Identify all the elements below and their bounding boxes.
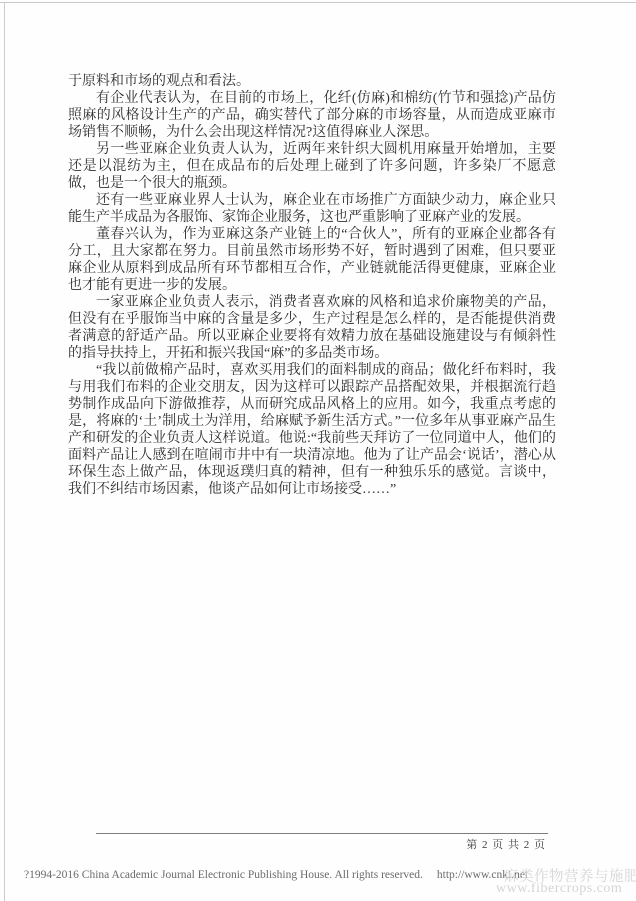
paragraph: 还有一些亚麻业界人士认为，麻企业在市场推广方面缺少动力，麻企业只能生产半成品为各… <box>68 192 556 226</box>
paragraph: “我以前做棉产品时，喜欢买用我们的面料制成的商品；做化纤布料时，我与用我们布料的… <box>68 362 556 498</box>
scan-border-left <box>4 2 5 901</box>
page-number: 第 2 页 共 2 页 <box>466 836 546 852</box>
document-page: 于原料和市场的观点和看法。 有企业代表认为，在目前的市场上，化纤(仿麻)和棉纺(… <box>0 0 636 901</box>
scan-border-top <box>0 2 636 3</box>
body-text: 于原料和市场的观点和看法。 有企业代表认为，在目前的市场上，化纤(仿麻)和棉纺(… <box>68 73 556 498</box>
watermark-site-url: www.fibercrops.com <box>496 881 622 897</box>
paragraph: 于原料和市场的观点和看法。 <box>68 73 556 90</box>
copyright-text: ?1994-2016 China Academic Journal Electr… <box>24 869 423 881</box>
paragraph: 一家亚麻企业负责人表示，消费者喜欢麻的风格和追求价廉物美的产品，但没有在乎服饰当… <box>68 294 556 362</box>
paragraph: 董春兴认为，作为亚麻这条产业链上的“合伙人”，所有的亚麻企业都各有分工，且大家都… <box>68 226 556 294</box>
paragraph: 另一些亚麻企业负责人认为，近两年来针织大圆机用麻量开始增加，主要还是以混纺为主，… <box>68 141 556 192</box>
footer-divider <box>96 833 548 834</box>
paragraph: 有企业代表认为，在目前的市场上，化纤(仿麻)和棉纺(竹节和强捻)产品仿照麻的风格… <box>68 90 556 141</box>
